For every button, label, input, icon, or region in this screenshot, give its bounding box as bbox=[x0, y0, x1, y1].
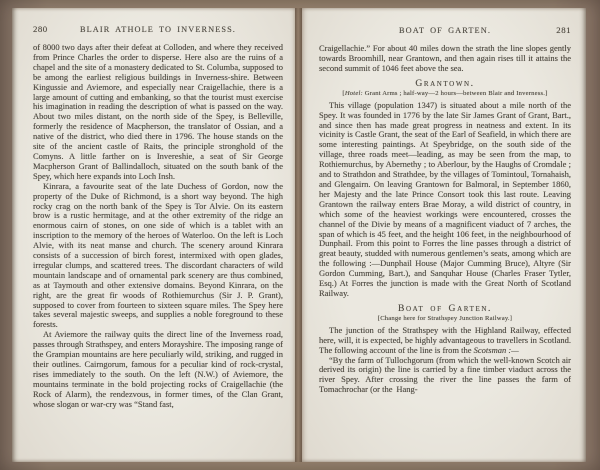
junction-note: [Change here for Strathspey Junction Rai… bbox=[319, 315, 571, 324]
right-page-header: BOAT OF GARTEN. 281 bbox=[319, 25, 571, 35]
left-page-body: of 8000 two days after their defeat at C… bbox=[33, 43, 283, 410]
left-page-number: 280 bbox=[33, 24, 80, 34]
right-page-number: 281 bbox=[491, 25, 571, 35]
right-page: BOAT OF GARTEN. 281 Craigellachie.” For … bbox=[302, 8, 586, 462]
section-heading-boat-of-garten: Boat of Garten. bbox=[319, 303, 571, 314]
paragraph-culloden-continuation: of 8000 two days after their defeat at C… bbox=[33, 43, 283, 182]
left-page: 280 BLAIR ATHOLE TO INVERNESS. of 8000 t… bbox=[12, 8, 295, 462]
paragraph-aviemore: At Aviemore the railway quits the direct… bbox=[33, 330, 283, 409]
book-scan: 280 BLAIR ATHOLE TO INVERNESS. of 8000 t… bbox=[0, 0, 600, 470]
left-page-header: 280 BLAIR ATHOLE TO INVERNESS. bbox=[33, 24, 283, 34]
section-heading-grantown: Grantown. bbox=[319, 78, 571, 89]
paragraph-grantown: This village (population 1347) is situat… bbox=[319, 101, 571, 299]
paragraph-strathspey-junction: The junction of the Strathspey with the … bbox=[319, 326, 571, 356]
paragraph-tullochgorum: “By the farm of Tullochgorum (from which… bbox=[319, 356, 571, 396]
left-running-title: BLAIR ATHOLE TO INVERNESS. bbox=[80, 25, 236, 34]
hotel-note: [Hotel: Grant Arms ; half-way—2 hours—be… bbox=[319, 90, 571, 99]
page-gutter bbox=[295, 8, 302, 462]
paragraph-kinrara: Kinrara, a favourite seat of the late Du… bbox=[33, 182, 283, 331]
paragraph-craigellachie-continuation: Craigellachie.” For about 40 miles down … bbox=[319, 44, 571, 74]
right-page-body: Craigellachie.” For about 40 miles down … bbox=[319, 44, 571, 395]
right-running-title: BOAT OF GARTEN. bbox=[399, 26, 491, 35]
